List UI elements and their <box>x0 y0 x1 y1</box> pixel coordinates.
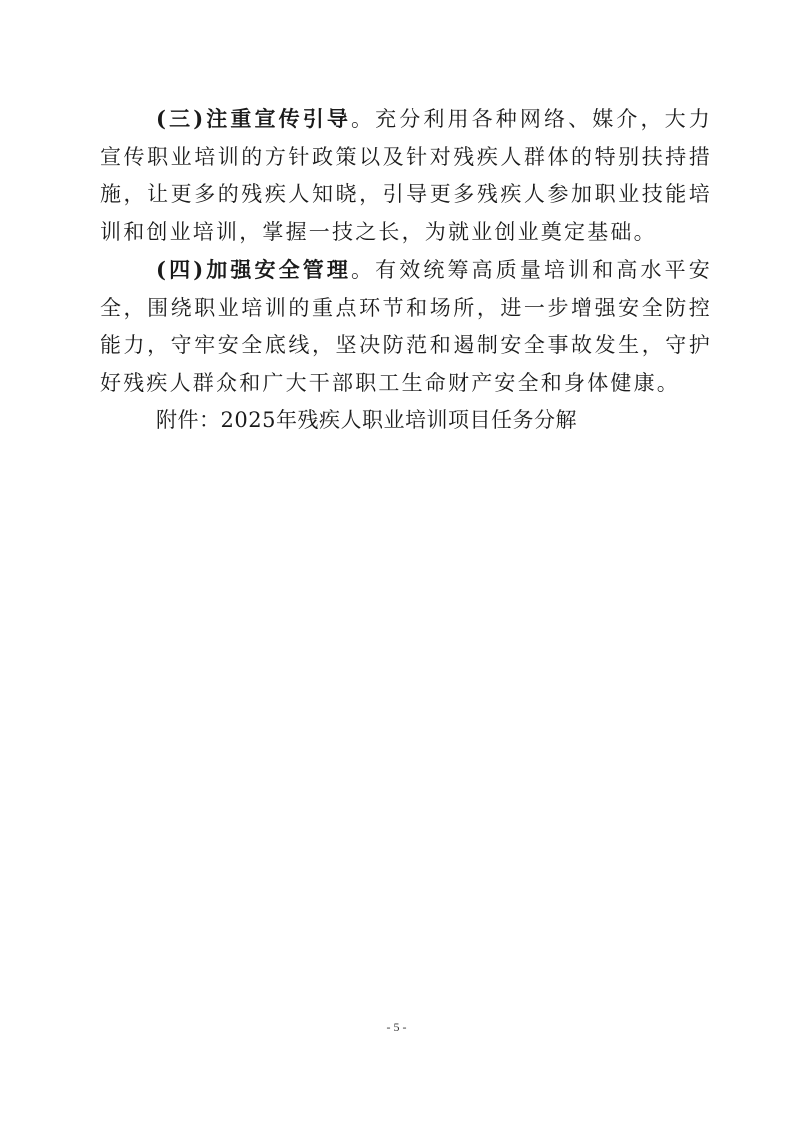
section-heading: (三)注重宣传引导 <box>156 106 351 131</box>
section-heading: (四)加强安全管理 <box>156 257 351 282</box>
attachment-line: 附件：2025年残疾人职业培训项目任务分解 <box>100 402 712 440</box>
paragraph-safety-management: (四)加强安全管理。有效统筹高质量培训和高水平安全，围绕职业培训的重点环节和场所… <box>100 251 712 402</box>
document-body: (三)注重宣传引导。充分利用各种网络、媒介，大力宣传职业培训的方针政策以及针对残… <box>100 100 712 440</box>
page-number: - 5 - <box>0 1020 793 1035</box>
document-page: (三)注重宣传引导。充分利用各种网络、媒介，大力宣传职业培训的方针政策以及针对残… <box>0 0 793 1122</box>
paragraph-publicity-guidance: (三)注重宣传引导。充分利用各种网络、媒介，大力宣传职业培训的方针政策以及针对残… <box>100 100 712 251</box>
